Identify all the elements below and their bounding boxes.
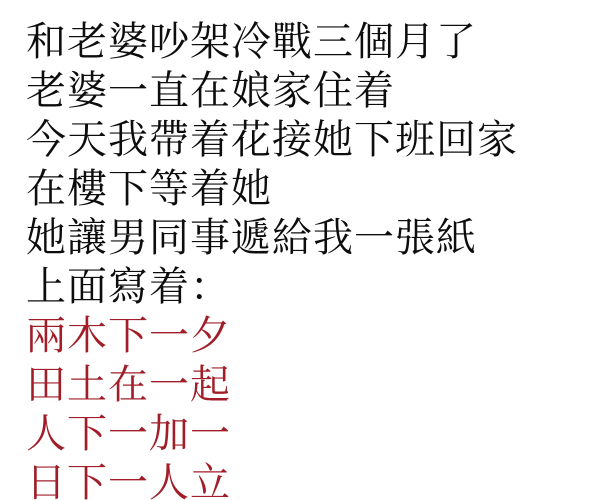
riddle-line-2: 田土在一起 — [26, 361, 586, 410]
story-line-3: 今天我帶着花接她下班回家 — [26, 116, 586, 165]
story-line-4: 在樓下等着她 — [26, 165, 586, 214]
story-line-2: 老婆一直在娘家住着 — [26, 67, 586, 116]
riddle-line-3: 人下一加一 — [26, 410, 586, 459]
story-line-6: 上面寫着： — [26, 263, 586, 312]
riddle-line-1: 兩木下一夕 — [26, 312, 586, 361]
story-line-5: 她讓男同事遞給我一張紙 — [26, 214, 586, 263]
meme-text-image: 和老婆吵架冷戰三個月了 老婆一直在娘家住着 今天我帶着花接她下班回家 在樓下等着… — [0, 0, 600, 500]
riddle-line-4: 日下一人立 — [26, 459, 586, 500]
story-line-1: 和老婆吵架冷戰三個月了 — [26, 18, 586, 67]
text-block: 和老婆吵架冷戰三個月了 老婆一直在娘家住着 今天我帶着花接她下班回家 在樓下等着… — [26, 18, 586, 500]
